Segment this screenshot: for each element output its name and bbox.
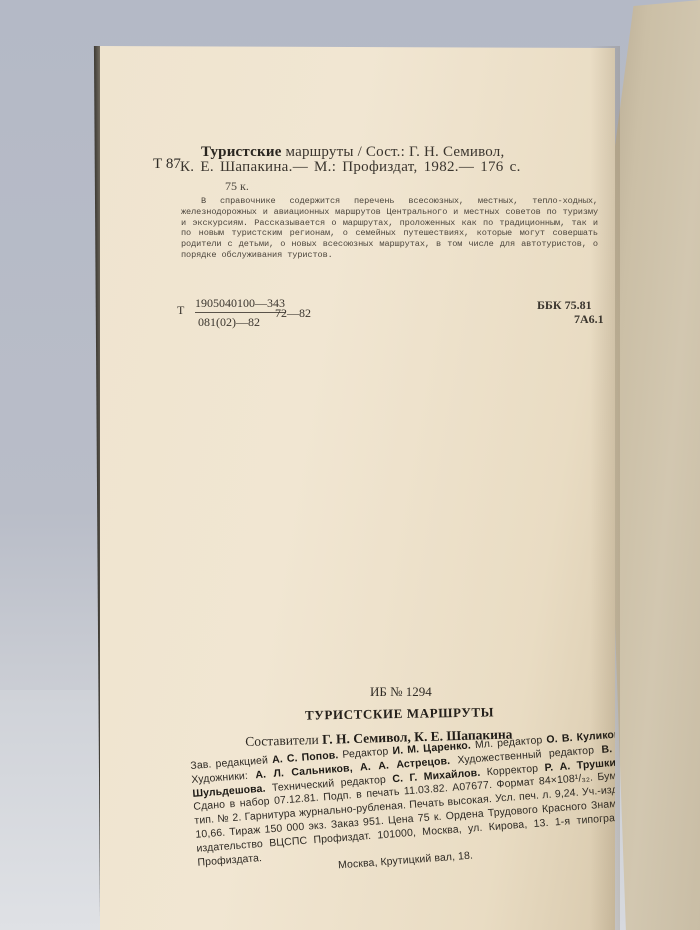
classification-row: Т 1905040100—343 081(02)—82 72—82 ББК 75… — [100, 298, 615, 338]
catalog-title-rest: маршруты / Сост.: Г. Н. Семивол, — [282, 144, 505, 160]
catalog-code: Т 87 — [153, 156, 181, 173]
table-surface — [0, 690, 110, 930]
catalog-heading-line2: К. Е. Шапакина.— М.: Профиздат, 1982.— 1… — [180, 159, 521, 176]
page-gutter-shadow — [590, 46, 620, 930]
catalog-title-bold: Туристские — [201, 144, 282, 160]
classification-code: 72—82 — [275, 306, 311, 321]
colophon-title: ТУРИСТСКИЕ МАРШРУТЫ — [305, 704, 494, 723]
compilers-label: Составители — [245, 732, 319, 749]
classification-fraction-bottom: 081(02)—82 — [198, 315, 260, 330]
classification-mark: Т — [177, 303, 184, 318]
catalog-price: 75 к. — [225, 179, 249, 194]
ib-number: ИБ № 1294 — [370, 684, 432, 700]
bbk-index: ББК 75.81 — [537, 298, 592, 313]
classification-fraction-top: 1905040100—343 — [195, 296, 285, 313]
catalog-annotation: В справочнике содержится перечень всесою… — [181, 196, 598, 261]
book-page: Т 87 Туристские маршруты / Сост.: Г. Н. … — [100, 46, 615, 930]
editor-label: Редактор — [342, 745, 389, 760]
